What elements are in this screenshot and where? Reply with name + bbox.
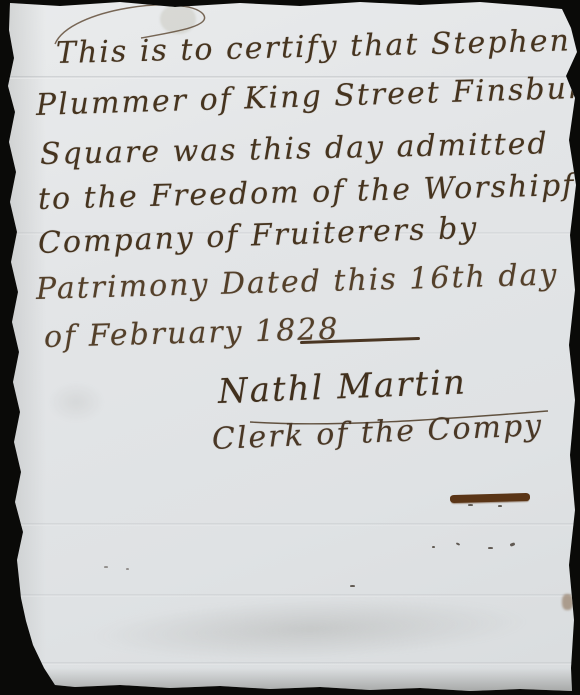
handwritten-line-4: to the Freedom of the Worshipful — [38, 167, 580, 217]
ink-speck — [126, 568, 129, 570]
ink-speck — [432, 546, 435, 548]
ink-speck — [104, 566, 108, 568]
paper-bottom-shadow — [30, 668, 580, 692]
photo-background: This is to certify that Stephen Plummer … — [0, 0, 580, 695]
paper-smudge — [48, 382, 104, 422]
edge-stain — [562, 594, 573, 610]
ink-speck — [350, 585, 355, 587]
ink-speck — [456, 542, 460, 546]
paper-crease — [0, 523, 580, 526]
ink-blot-dash — [450, 493, 530, 503]
ink-speck — [488, 547, 493, 549]
ink-speck — [510, 542, 516, 547]
handwritten-line-7: of February 1828 — [44, 312, 340, 355]
paper-smudge — [89, 590, 531, 667]
ink-speck — [468, 504, 473, 506]
signature-name: Nathl Martin — [217, 362, 467, 412]
ink-speck — [498, 505, 502, 507]
paper-crease — [0, 662, 580, 665]
handwritten-line-6: Patrimony Dated this 16th day — [36, 257, 559, 307]
document-paper: This is to certify that Stephen Plummer … — [0, 0, 580, 695]
handwritten-line-3: Square was this day admitted — [40, 126, 549, 172]
handwritten-line-5: Company of Fruiterers by — [37, 211, 478, 261]
